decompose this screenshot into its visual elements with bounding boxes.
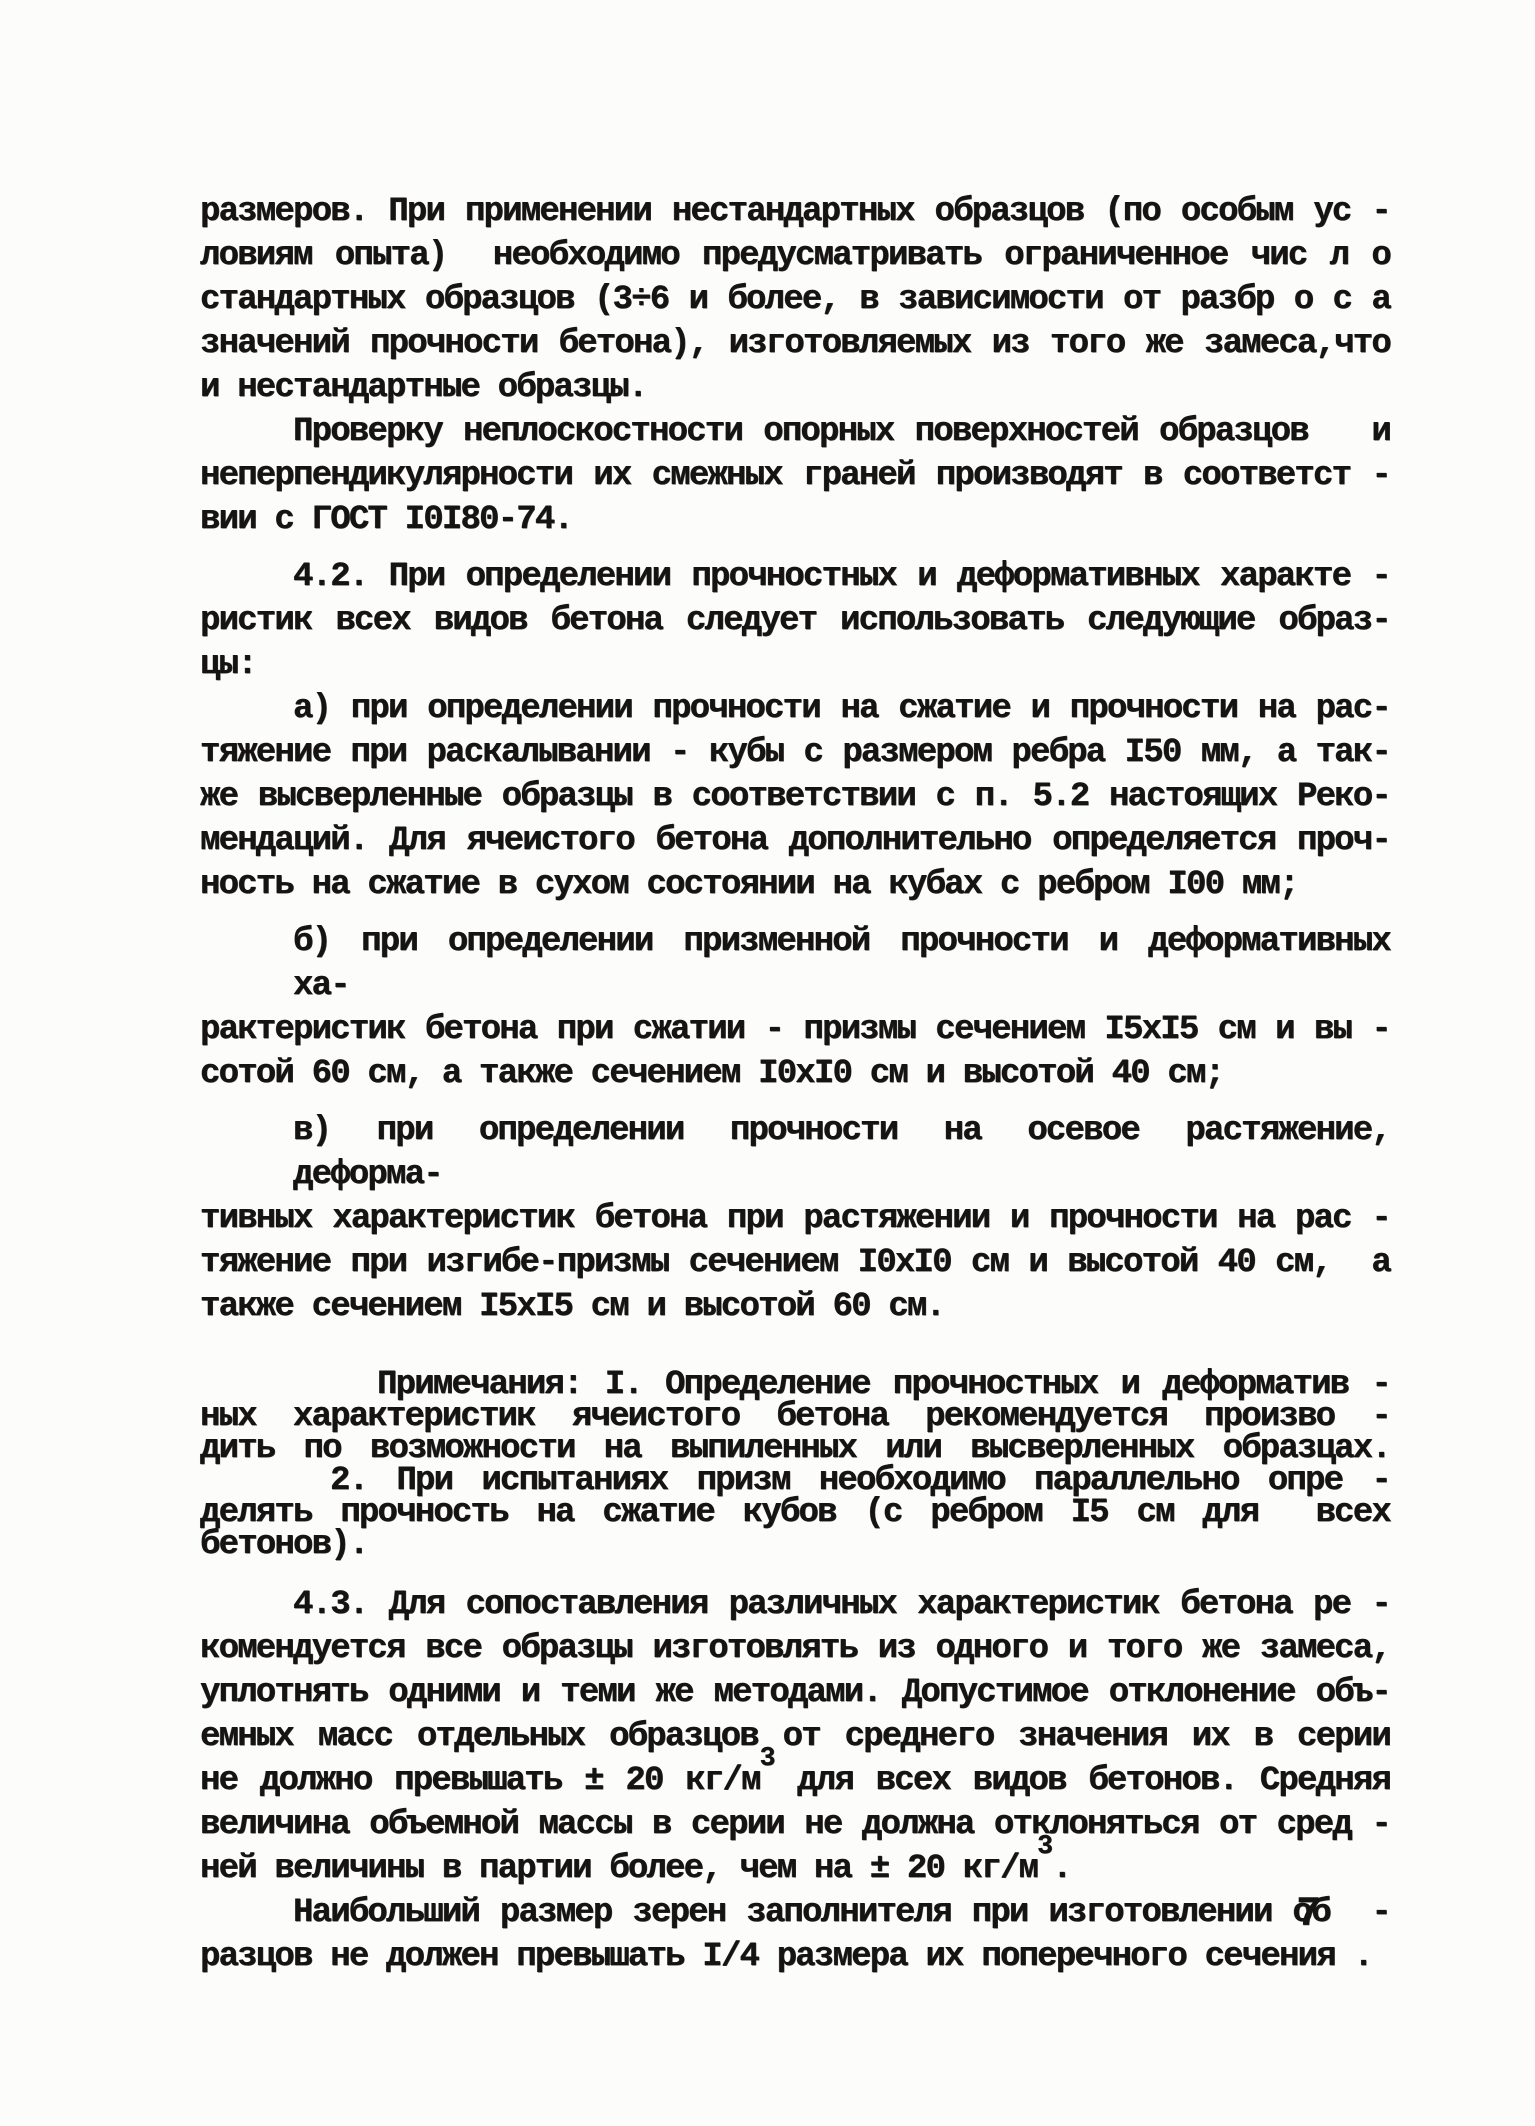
text-line: тяжение при изгибе-призмы сечением I0хI0… [200, 1241, 1390, 1285]
text-line: ловиям опыта) необходимо предусматривать… [200, 234, 1390, 278]
text-line: делять прочность на сжатие кубов (с ребр… [200, 1497, 1390, 1529]
text-line: Наибольший размер зерен заполнителя при … [200, 1891, 1390, 1935]
text-line: значений прочности бетона), изготовляемы… [200, 322, 1390, 366]
text-line: комендуется все образцы изготовлять из о… [200, 1627, 1390, 1671]
text-line: стандартных образцов (3÷6 и более, в зав… [200, 278, 1390, 322]
text-line: величина объемной массы в серии не должн… [200, 1803, 1390, 1847]
text-line: тяжение при раскалывании - кубы с размер… [200, 731, 1390, 775]
text-line: мендаций. Для ячеистого бетона дополните… [200, 819, 1390, 863]
text-line: же высверленные образцы в соответствии с… [200, 775, 1390, 819]
text-body: размеров. При применении нестандартных о… [200, 190, 1390, 1979]
text-line: цы: [200, 643, 1390, 687]
text-line: 2. При испытаниях призм необходимо парал… [200, 1465, 1390, 1497]
text-line: также сечением I5хI5 см и высотой 60 см. [200, 1285, 1390, 1329]
text-line: неперпендикулярности их смежных граней п… [200, 454, 1390, 498]
text-line: 4.2. При определении прочностных и дефор… [200, 555, 1390, 599]
paragraph: 4.3. Для сопоставления различных характе… [200, 1583, 1390, 1891]
text-line: разцов не должен превышать I/4 размера и… [200, 1935, 1390, 1979]
text-line: емных масс отдельных образцов от среднег… [200, 1715, 1390, 1759]
text-line: сотой 60 см, а также сечением I0хI0 см и… [200, 1052, 1390, 1096]
paragraph: Наибольший размер зерен заполнителя при … [200, 1891, 1390, 1979]
text-line: уплотнять одними и теми же методами. Доп… [200, 1671, 1390, 1715]
text-line: не должно превышать ± 20 кг/м3 для всех … [200, 1759, 1390, 1803]
text-line: бетонов). [200, 1529, 1390, 1561]
text-line: ристик всех видов бетона следует использ… [200, 599, 1390, 643]
text-line: б) при определении призменной прочности … [200, 920, 1390, 1008]
text-line: Проверку неплоскостности опорных поверхн… [200, 410, 1390, 454]
text-line: тивных характеристик бетона при растяжен… [200, 1197, 1390, 1241]
text-line: вии с ГОСТ I0I80-74. [200, 498, 1390, 542]
paragraph: б) при определении призменной прочности … [200, 920, 1390, 1096]
text-line: а) при определении прочности на сжатие и… [200, 687, 1390, 731]
text-line: размеров. При применении нестандартных о… [200, 190, 1390, 234]
text-line: дить по возможности на выпиленных или вы… [200, 1433, 1390, 1465]
paragraph: Проверку неплоскостности опорных поверхн… [200, 410, 1390, 542]
paragraph: 4.2. При определении прочностных и дефор… [200, 555, 1390, 687]
paragraph: а) при определении прочности на сжатие и… [200, 687, 1390, 907]
text-line: 4.3. Для сопоставления различных характе… [200, 1583, 1390, 1627]
notes-block: Примечания: I. Определение прочностных и… [200, 1369, 1390, 1561]
scanned-document-page: размеров. При применении нестандартных о… [0, 0, 1535, 2126]
text-line: и нестандартные образцы. [200, 366, 1390, 410]
text-line: в) при определении прочности на осевое р… [200, 1109, 1390, 1197]
text-line: ных характеристик ячеистого бетона реком… [200, 1401, 1390, 1433]
text-line: ней величины в партии более, чем на ± 20… [200, 1847, 1390, 1891]
text-line: Примечания: I. Определение прочностных и… [200, 1369, 1390, 1401]
paragraph: в) при определении прочности на осевое р… [200, 1109, 1390, 1329]
text-line: ность на сжатие в сухом состоянии на куб… [200, 863, 1390, 907]
paragraph: размеров. При применении нестандартных о… [200, 190, 1390, 410]
page-number: 7 [1296, 1892, 1321, 1936]
text-line: рактеристик бетона при сжатии - призмы с… [200, 1008, 1390, 1052]
